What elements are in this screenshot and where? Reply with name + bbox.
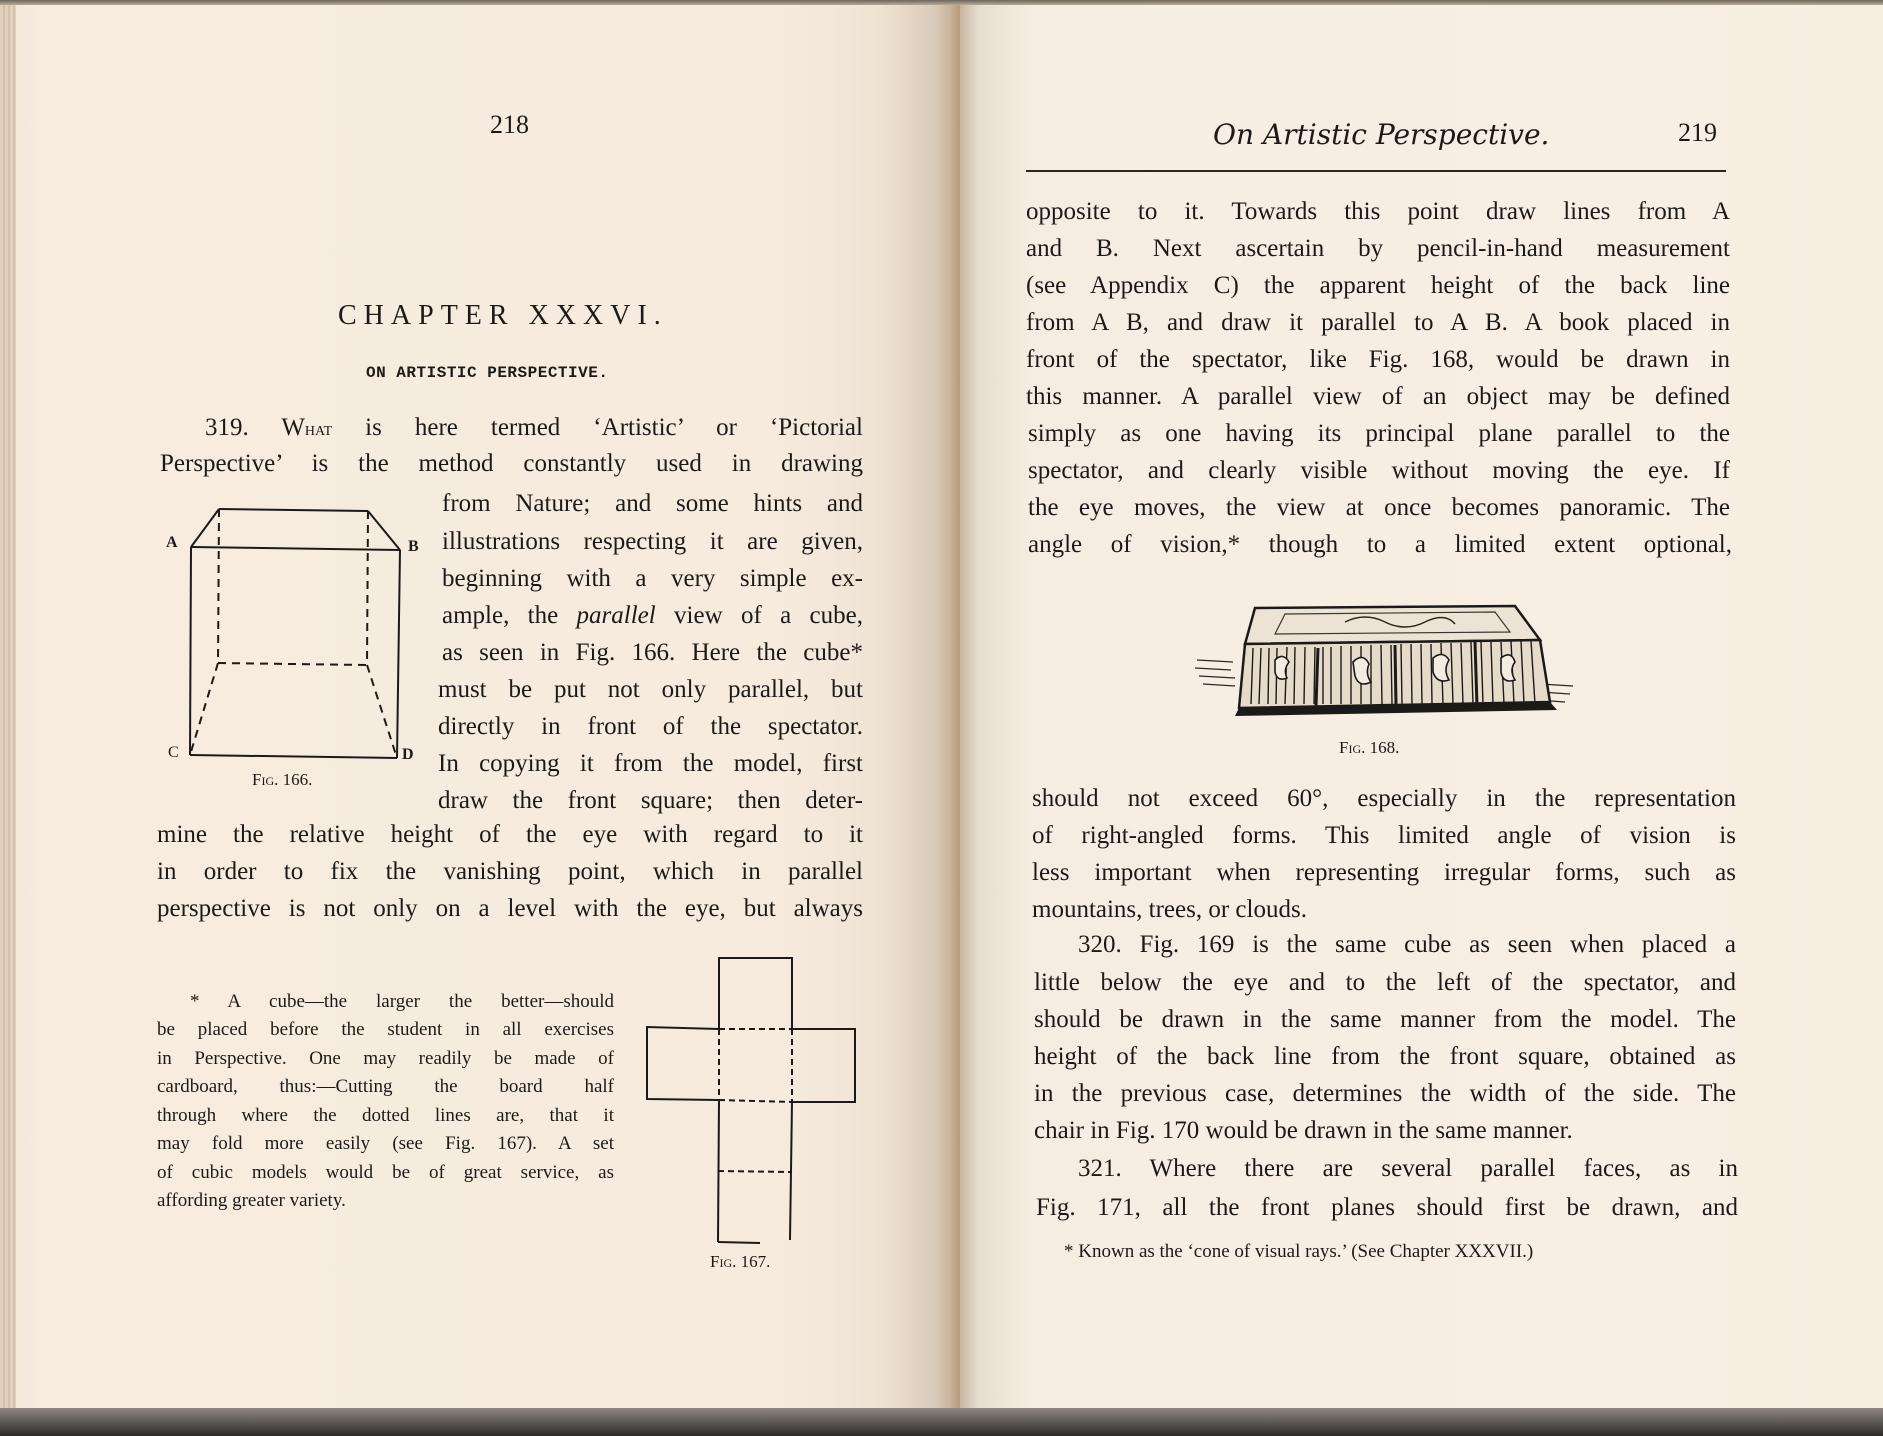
figure-caption: Fig. 167. xyxy=(710,1252,770,1272)
footnote-line: may fold more easily (see Fig. 167). A s… xyxy=(157,1134,614,1153)
text-line: this manner. A parallel view of an objec… xyxy=(1026,384,1730,409)
page-number-left: 218 xyxy=(490,110,529,140)
dropcap: W xyxy=(281,414,305,441)
text-line: spectator, and clearly visible without m… xyxy=(1028,458,1730,483)
text-line: height of the back line from the front s… xyxy=(1034,1044,1736,1069)
chapter-heading: CHAPTER XXXVI. xyxy=(338,300,668,332)
vertex-label-c: C xyxy=(168,744,179,762)
page-number-right: 219 xyxy=(1678,118,1717,148)
text-run: is here termed ‘Artistic’ or ‘Pictorial xyxy=(332,414,863,441)
left-page: 218 CHAPTER XXXVI. ON ARTISTIC PERSPECTI… xyxy=(0,0,960,1425)
text-line: as seen in Fig. 166. Here the cube* xyxy=(442,640,863,665)
paragraph-number: 319. xyxy=(205,414,281,441)
text-line: should be drawn in the same manner from … xyxy=(1034,1007,1736,1032)
text-line: and B. Next ascertain by pencil-in-hand … xyxy=(1026,236,1730,261)
text-line: in the previous case, determines the wid… xyxy=(1034,1081,1736,1106)
text-line: the eye moves, the view at once becomes … xyxy=(1028,495,1730,520)
text-line: angle of vision,* though to a limited ex… xyxy=(1028,532,1732,557)
text-line: simply as one having its principal plane… xyxy=(1028,421,1730,446)
text-line: little below the eye and to the left of … xyxy=(1034,970,1736,995)
text-line: draw the front square; then deter- xyxy=(438,788,863,813)
book-illustration xyxy=(1195,592,1575,722)
text-run: ample, the xyxy=(442,602,577,629)
text-line: of right-angled forms. This limited angl… xyxy=(1032,823,1736,848)
footnote-line: of cubic models would be of great servic… xyxy=(157,1163,614,1182)
footnote-right: * Known as the ‘cone of visual rays.’ (S… xyxy=(1064,1242,1533,1261)
text-line: perspective is not only on a level with … xyxy=(157,896,863,921)
cube-diagram xyxy=(150,490,430,790)
italic-text: parallel xyxy=(577,602,656,629)
footnote-line: be placed before the student in all exer… xyxy=(157,1020,614,1039)
header-rule xyxy=(1026,170,1726,172)
text-run: view of a cube, xyxy=(656,602,863,629)
footnote-line: affording greater variety. xyxy=(157,1191,346,1210)
cube-net-diagram xyxy=(630,940,870,1280)
text-line: front of the spectator, like Fig. 168, w… xyxy=(1026,347,1730,372)
text-line: directly in front of the spectator. xyxy=(438,714,863,739)
text-line: in order to fix the vanishing point, whi… xyxy=(157,859,863,884)
text-line: chair in Fig. 170 would be drawn in the … xyxy=(1034,1118,1573,1143)
smallcaps: hat xyxy=(305,418,332,440)
text-line: 320. Fig. 169 is the same cube as seen w… xyxy=(1078,932,1736,957)
book-spread: 218 CHAPTER XXXVI. ON ARTISTIC PERSPECTI… xyxy=(0,0,1883,1425)
footnote-line: through where the dotted lines are, that… xyxy=(157,1106,614,1125)
text-line: mountains, trees, or clouds. xyxy=(1032,897,1307,922)
footnote-line: in Perspective. One may readily be made … xyxy=(157,1049,614,1068)
bottom-shadow xyxy=(0,1408,1883,1436)
text-line: Perspective’ is the method constantly us… xyxy=(160,451,863,476)
text-line: 319. What is here termed ‘Artistic’ or ‘… xyxy=(205,415,863,440)
page-edge xyxy=(0,0,16,1425)
figure-caption: Fig. 168. xyxy=(1339,738,1399,758)
text-line: opposite to it. Towards this point draw … xyxy=(1026,199,1730,224)
footnote-line: cardboard, thus:—Cutting the board half xyxy=(157,1077,614,1096)
text-line: In copying it from the model, first xyxy=(438,751,863,776)
text-line: illustrations respecting it are given, xyxy=(442,529,863,554)
text-line: beginning with a very simple ex- xyxy=(442,566,863,591)
figure-caption: Fig. 166. xyxy=(252,770,312,790)
text-line: must be put not only parallel, but xyxy=(438,677,863,702)
footnote-line: * A cube—the larger the better—should xyxy=(190,992,614,1011)
text-line: ample, the parallel view of a cube, xyxy=(442,603,863,628)
vertex-label-d: D xyxy=(402,746,414,764)
text-line: less important when representing irregul… xyxy=(1032,860,1736,885)
vertex-label-a: A xyxy=(166,534,178,552)
text-line: Fig. 171, all the front planes should fi… xyxy=(1036,1195,1738,1220)
chapter-subtitle: ON ARTISTIC PERSPECTIVE. xyxy=(366,364,608,382)
text-line: (see Appendix C) the apparent height of … xyxy=(1026,273,1730,298)
page-top-edge xyxy=(0,0,1883,5)
text-line: should not exceed 60°, especially in the… xyxy=(1032,786,1736,811)
text-line: from A B, and draw it parallel to A B. A… xyxy=(1026,310,1730,335)
text-line: 321. Where there are several parallel fa… xyxy=(1078,1156,1738,1181)
text-line: mine the relative height of the eye with… xyxy=(157,822,863,847)
running-head: On Artistic Perspective. xyxy=(1213,118,1549,151)
text-line: from Nature; and some hints and xyxy=(442,491,863,516)
vertex-label-b: B xyxy=(408,538,419,556)
